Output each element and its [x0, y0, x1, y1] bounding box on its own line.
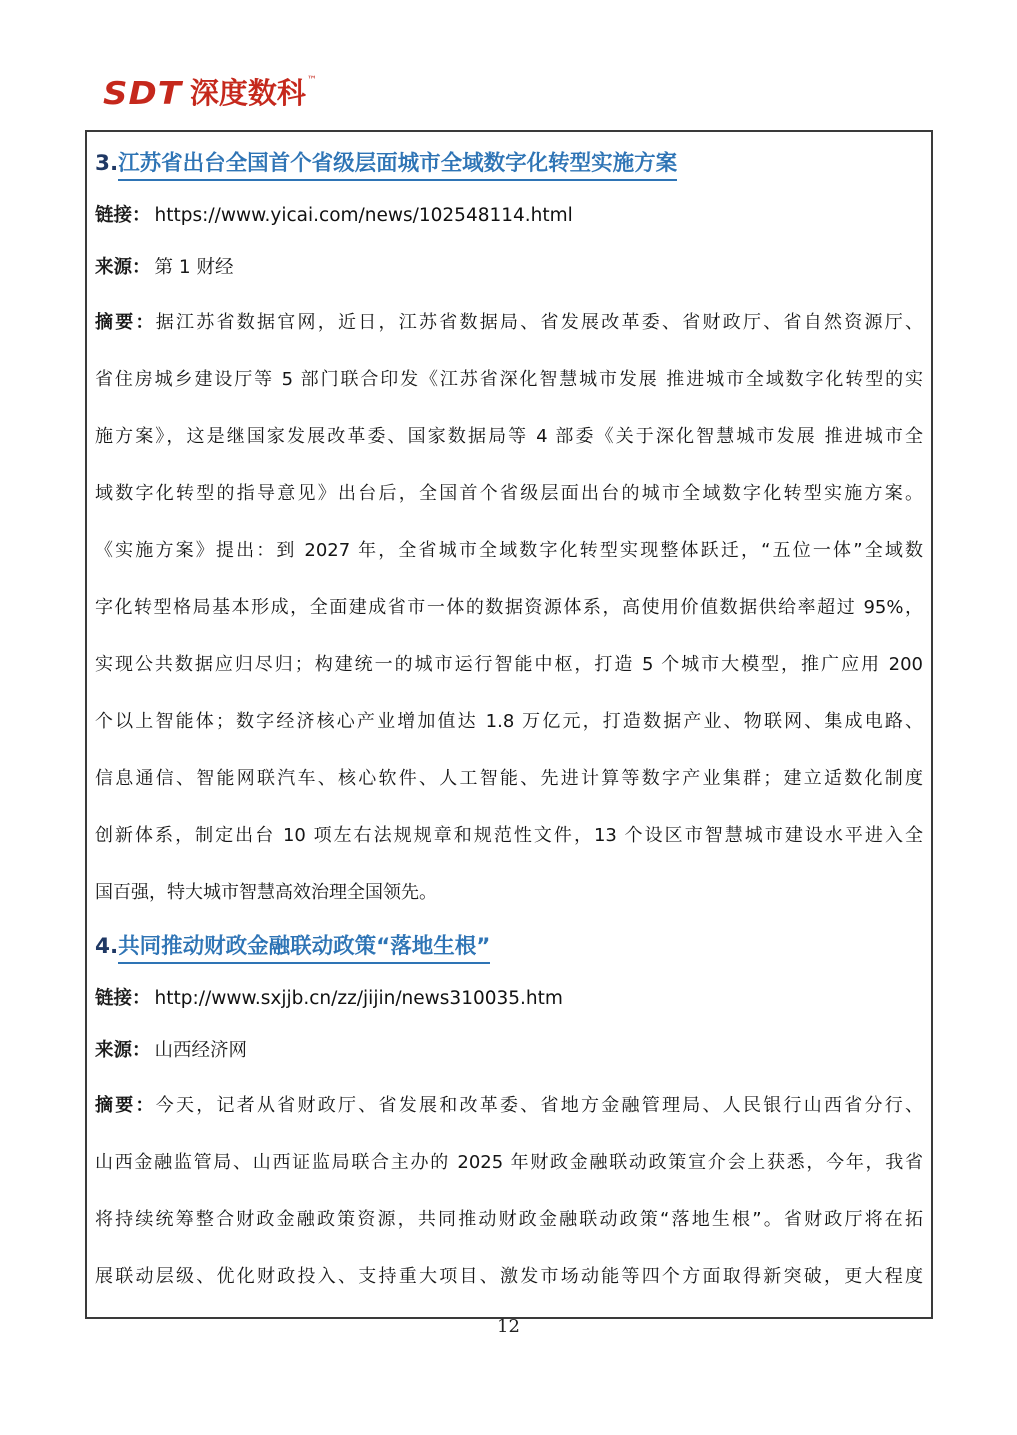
news-title-row: 4.共同推动财政金融联动政策“落地生根”: [95, 921, 923, 973]
document-page: SDT深度数科™ 3.江苏省出台全国首个省级层面城市全域数字化转型实施方案 链接…: [0, 0, 1017, 1435]
news-item-4: 4.共同推动财政金融联动政策“落地生根” 链接：http://www.sxjjb…: [95, 921, 923, 1305]
news-content-box: 3.江苏省出台全国首个省级层面城市全域数字化转型实施方案 链接：https://…: [85, 130, 933, 1319]
summary-line: 山西金融监管局、山西证监局联合主办的 2025 年财政金融联动政策宣介会上获悉，…: [95, 1134, 923, 1191]
source-name: 山西经济网: [155, 1040, 248, 1061]
summary-line: 信息通信、智能网联汽车、核心软件、人工智能、先进计算等数字产业集群；建立适数化制…: [95, 750, 923, 807]
source-label: 来源：: [95, 1040, 151, 1061]
summary-line: 实现公共数据应归尽归；构建统一的城市运行智能中枢，打造 5 个城市大模型，推广应…: [95, 636, 923, 693]
summary-line: 国百强，特大城市智慧高效治理全国领先。: [95, 864, 923, 921]
link-row: 链接：http://www.sxjjb.cn/zz/jijin/news3100…: [95, 973, 923, 1025]
news-item-3: 3.江苏省出台全国首个省级层面城市全域数字化转型实施方案 链接：https://…: [95, 138, 923, 921]
summary-line: 摘要：据江苏省数据官网，近日，江苏省数据局、省发展改革委、省财政厅、省自然资源厅…: [95, 294, 923, 351]
news-item-number: 4.: [95, 934, 118, 959]
source-label: 来源：: [95, 257, 151, 278]
link-label: 链接：: [95, 205, 151, 226]
summary-line: 《实施方案》提出：到 2027 年，全省城市全域数字化转型实现整体跃迁，“五位一…: [95, 522, 923, 579]
link-url[interactable]: http://www.sxjjb.cn/zz/jijin/news310035.…: [155, 988, 563, 1009]
summary-line: 将持续统筹整合财政金融政策资源，共同推动财政金融联动政策“落地生根”。省财政厅将…: [95, 1191, 923, 1248]
summary-line: 域数字化转型的指导意见》出台后，全国首个省级层面出台的城市全域数字化转型实施方案…: [95, 465, 923, 522]
summary-line: 展联动层级、优化财政投入、支持重大项目、激发市场动能等四个方面取得新突破，更大程…: [95, 1248, 923, 1305]
summary-line: 省住房城乡建设厅等 5 部门联合印发《江苏省深化智慧城市发展 推进城市全域数字化…: [95, 351, 923, 408]
summary-label: 摘要：: [95, 312, 156, 333]
logo-sdt-mark: SDT: [103, 78, 182, 109]
source-name: 第 1 财经: [155, 257, 234, 278]
news-item-number: 3.: [95, 151, 118, 176]
page-number: 12: [0, 1316, 1017, 1337]
news-title-row: 3.江苏省出台全国首个省级层面城市全域数字化转型实施方案: [95, 138, 923, 190]
summary-line: 施方案》，这是继国家发展改革委、国家数据局等 4 部委《关于深化智慧城市发展 推…: [95, 408, 923, 465]
trademark-symbol: ™: [307, 75, 317, 86]
summary-paragraph: 摘要：今天，记者从省财政厅、省发展和改革委、省地方金融管理局、人民银行山西省分行…: [95, 1077, 923, 1305]
summary-line: 字化转型格局基本形成，全面建成省市一体的数据资源体系，高使用价值数据供给率超过 …: [95, 579, 923, 636]
summary-label: 摘要：: [95, 1095, 156, 1116]
source-row: 来源：山西经济网: [95, 1025, 923, 1077]
news-title-link[interactable]: 共同推动财政金融联动政策“落地生根”: [118, 934, 490, 964]
link-label: 链接：: [95, 988, 151, 1009]
logo-company-name: 深度数科: [190, 76, 306, 110]
link-url[interactable]: https://www.yicai.com/news/102548114.htm…: [155, 205, 573, 226]
source-row: 来源：第 1 财经: [95, 242, 923, 294]
summary-line: 摘要：今天，记者从省财政厅、省发展和改革委、省地方金融管理局、人民银行山西省分行…: [95, 1077, 923, 1134]
link-row: 链接：https://www.yicai.com/news/102548114.…: [95, 190, 923, 242]
brand-logo: SDT深度数科™: [103, 76, 317, 111]
news-title-link[interactable]: 江苏省出台全国首个省级层面城市全域数字化转型实施方案: [118, 151, 677, 181]
summary-paragraph: 摘要：据江苏省数据官网，近日，江苏省数据局、省发展改革委、省财政厅、省自然资源厅…: [95, 294, 923, 921]
summary-line: 创新体系，制定出台 10 项左右法规规章和规范性文件，13 个设区市智慧城市建设…: [95, 807, 923, 864]
summary-line: 个以上智能体；数字经济核心产业增加值达 1.8 万亿元，打造数据产业、物联网、集…: [95, 693, 923, 750]
